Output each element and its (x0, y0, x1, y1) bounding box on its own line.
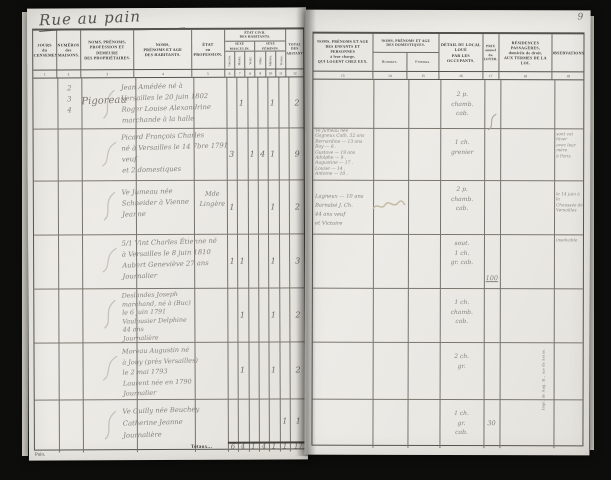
totals-label: Totaux... (191, 445, 212, 450)
tally-veuves: 1 (280, 417, 290, 426)
tally-garcons: 3 (227, 150, 237, 159)
page-number-handwritten: 9 (578, 12, 584, 22)
col-total-header: TOTAL DES HABITANTS. (286, 29, 303, 68)
col-num: 10 (266, 70, 276, 77)
col-num: 8 (245, 70, 255, 77)
col-enfants-header: NOMS, PRÉNOMS ET AGE DES ENFANTS ET PERS… (313, 34, 373, 71)
etat-civil-group-header: ÉTAT CIVIL DES HABITANTS. SEXE MASCULIN.… (225, 29, 287, 68)
total-mariees: 1 (269, 443, 279, 451)
total-garcons: 6 (228, 443, 238, 451)
col-num: 16 (439, 72, 483, 79)
local-detail-entry: 2 p. chamb. cab. (442, 185, 482, 214)
local-detail-entry: 1 ch. gr. cab. (441, 409, 481, 438)
minicol-veufs: Veufs. (245, 52, 255, 69)
col-profession-header: ÉTAT ou PROFESSION. (192, 30, 225, 69)
register-row: Moreau Augustin né à Jouy (près Versaill… (34, 341, 306, 399)
col-num: 11 (276, 69, 286, 76)
col-num: 13 (313, 72, 373, 79)
col-proprietaires-header: NOMS, PRÉNOMS, PROFESSION ET DEMEURE DES… (81, 30, 135, 69)
left-page: Rue au pain JOURS du RECENSEMENT. NUMÉRO… (27, 7, 308, 460)
pencil-flourish (100, 189, 120, 223)
col-num: 1 (33, 70, 57, 77)
register-row: Picard François Charles né à Versailles … (34, 127, 306, 180)
col-jours-header: JOURS du RECENSEMENT. (33, 30, 57, 69)
left-table: JOURS du RECENSEMENT. NUMÉROS des MAISON… (32, 27, 306, 450)
col-prix-header: PRIX annuel du LOYER. (483, 34, 499, 71)
local-detail-entry: sout. 1 ch. gr. cab. (442, 239, 482, 268)
tally-filles: 4 (258, 149, 268, 158)
register-row: Ve Jumeau née Gagneux Cath. 52 ans Berna… (313, 128, 585, 181)
page-edge-sliver (590, 16, 594, 450)
profession-entry: Mde Lingère (196, 189, 229, 209)
minicol-veuves: Veuves. (276, 52, 285, 69)
register-row: 2 3 4 Pigoreau Jean Amédée né à Versaill… (33, 77, 305, 128)
pencil-flourish (100, 297, 120, 331)
tally-veufs: 1 (247, 149, 258, 158)
col-num: 19 (553, 72, 584, 79)
col-num: 7 (235, 70, 245, 77)
local-detail-entry: 2 p. chamb. cab. (442, 90, 482, 119)
tally-maries: 1 (237, 256, 247, 265)
register-row: sout. 1 ch. gr. cab. 100 insolvable (313, 234, 585, 289)
tally-maries: 1 (238, 366, 248, 375)
domestiques-subheaders: Hommes. Femmes. (373, 53, 439, 71)
col-num: 3 (81, 70, 135, 77)
local-detail-entry: 1 ch. grenier (442, 138, 482, 157)
register-row: Ve Jumeau née Schneider à Vienne Jeanne … (34, 179, 306, 234)
house-numbers: 2 3 4 (57, 83, 81, 116)
col-residences-header: RÉSIDENCES PASSAGÈRES, domicile de droit… (499, 34, 553, 71)
sexe-subheaders: SEXE MASCULIN. SEXE FÉMININ. (225, 41, 286, 52)
register-row: 2 p. chamb. cab. (313, 80, 585, 129)
habitants-entry: Ve Guilly née Beuchey Catherine Jeanne J… (122, 402, 235, 441)
loyer-entry: 30 (483, 419, 499, 427)
tally-total: 3 (289, 256, 306, 265)
col-num: 2 (57, 70, 81, 77)
observations-entry: insolvable (556, 237, 584, 242)
col-num: 17 (483, 72, 499, 79)
col-num: 12 (286, 69, 303, 76)
pencil-flourish (101, 408, 121, 442)
minicol-maries: Mariés. (235, 52, 245, 69)
right-page: 9 NOMS, PRÉNOMS ET AGE DES ENFANTS ET PE… (304, 10, 590, 456)
pencil-flourish (99, 351, 122, 385)
tally-total: 2 (289, 202, 306, 211)
etat-civil-title: ÉTAT CIVIL DES HABITANTS. (225, 29, 286, 41)
local-detail-entry: 2 ch. gr. (442, 352, 482, 371)
tally-garcons: 1 (227, 256, 237, 265)
col-num: 14 (373, 72, 408, 79)
minicol-mariees: Mariées. (266, 52, 276, 69)
left-table-header: JOURS du RECENSEMENT. NUMÉROS des MAISON… (33, 29, 303, 70)
habitants-entry: Deslandes Joseph marchand, né à (Buc) le… (122, 289, 236, 344)
col-num: 15 (408, 72, 440, 79)
col-num: 18 (499, 72, 553, 79)
col-num: 5 (192, 70, 225, 77)
tally-mariees: 1 (267, 99, 277, 108)
register-row: 5/1 Vint Charles Étienne né à Versailles… (34, 233, 306, 288)
total-maries: 4 (238, 443, 248, 451)
total-veufs: 1 (248, 443, 259, 451)
tally-mariees: 1 (268, 310, 278, 319)
pencil-scribble (371, 198, 407, 214)
register-row: Deslandes Joseph marchand, né à (Buc) le… (34, 287, 306, 342)
total-veuves: 1 (280, 442, 290, 450)
habitants-entry: Jean Amédée né à Versailles le 20 juin 1… (121, 79, 234, 126)
col-num: 6 (225, 70, 235, 77)
totals-row: Totaux... 6 4 1 4 1 1 17 (35, 442, 307, 452)
tally-total: 2 (288, 98, 305, 107)
col-local-header: DÉTAIL DU LOCAL LOUÉ PAR LES OCCUPANTS. (439, 34, 483, 71)
habitants-entry: Picard François Charles né à Versailles … (121, 129, 234, 176)
local-detail-entry: 1 ch. chamb. cab. (442, 298, 482, 327)
tally-mariees: 1 (268, 202, 278, 211)
tally-total: 9 (289, 149, 306, 158)
tally-maries: 1 (236, 99, 246, 108)
pension-entry: Ve Jumeau née Gagneux Cath. 52 ans Berna… (315, 129, 373, 178)
total-filles: 4 (259, 443, 269, 451)
sexe-feminin-header: SEXE FÉMININ. (256, 41, 286, 51)
col-femmes-header: Femmes. (407, 53, 438, 71)
scanned-register-spread: Rue au pain JOURS du RECENSEMENT. NUMÉRO… (0, 0, 611, 480)
pencil-flourish (99, 243, 122, 277)
minicol-filles: Filles. (256, 52, 266, 69)
tally-mariees: 1 (268, 149, 278, 158)
col-num: 4 (135, 70, 193, 77)
printer-imprint: Impr. de Aug. B., rue de Seine. (541, 294, 546, 410)
col-habitants-header: NOMS, PRÉNOMS ET AGE DES HABITANTS. (134, 30, 192, 69)
minicol-garcons: Garçons. (225, 52, 235, 69)
register-row: Ve Guilly née Beuchey Catherine Jeanne J… (35, 398, 307, 443)
sexe-masculin-header: SEXE MASCULIN. (225, 41, 256, 51)
tally-garcons: 1 (227, 202, 237, 211)
pencil-flourish (98, 137, 121, 171)
footer-catchword: Pain. (35, 453, 45, 458)
observations-entry: le 14 juin à la Chaussée de Versailles (556, 191, 584, 213)
pension-entry: Lagneux — 10 ans Barnabé J. Ch. 44 ans v… (315, 193, 373, 229)
left-table-body: 2 3 4 Pigoreau Jean Amédée né à Versaill… (33, 77, 305, 452)
loyer-entry: 100 (484, 274, 500, 282)
col-num: 9 (256, 70, 266, 77)
domestiques-title: NOMS, PRÉNOMS ET AGE DES DOMESTIQUES. (373, 34, 439, 54)
domestiques-group-header: NOMS, PRÉNOMS ET AGE DES DOMESTIQUES. Ho… (373, 34, 440, 71)
tally-mariees: 1 (268, 256, 278, 265)
habitants-entry: 5/1 Vint Charles Étienne né à Versailles… (121, 235, 234, 282)
habitants-entry: Moreau Augustin né à Jouy (près Versaill… (122, 343, 236, 399)
etat-civil-minicolumns: Garçons. Mariés. Veufs. Filles. Mariées.… (225, 52, 286, 69)
right-table-header: NOMS, PRÉNOMS ET AGE DES ENFANTS ET PERS… (313, 34, 583, 73)
tally-maries: 1 (237, 310, 247, 319)
col-numeros-header: NUMÉROS des MAISONS. (57, 30, 81, 69)
col-hommes-header: Hommes. (373, 53, 407, 71)
register-row: Lagneux — 10 ans Barnabé J. Ch. 44 ans v… (313, 180, 585, 235)
tally-mariees: 1 (269, 365, 279, 374)
observations-entry: sont cet hiver avec leur mère à Paris (556, 131, 584, 158)
col-observations-header: OBSERVATIONS. (553, 34, 584, 71)
